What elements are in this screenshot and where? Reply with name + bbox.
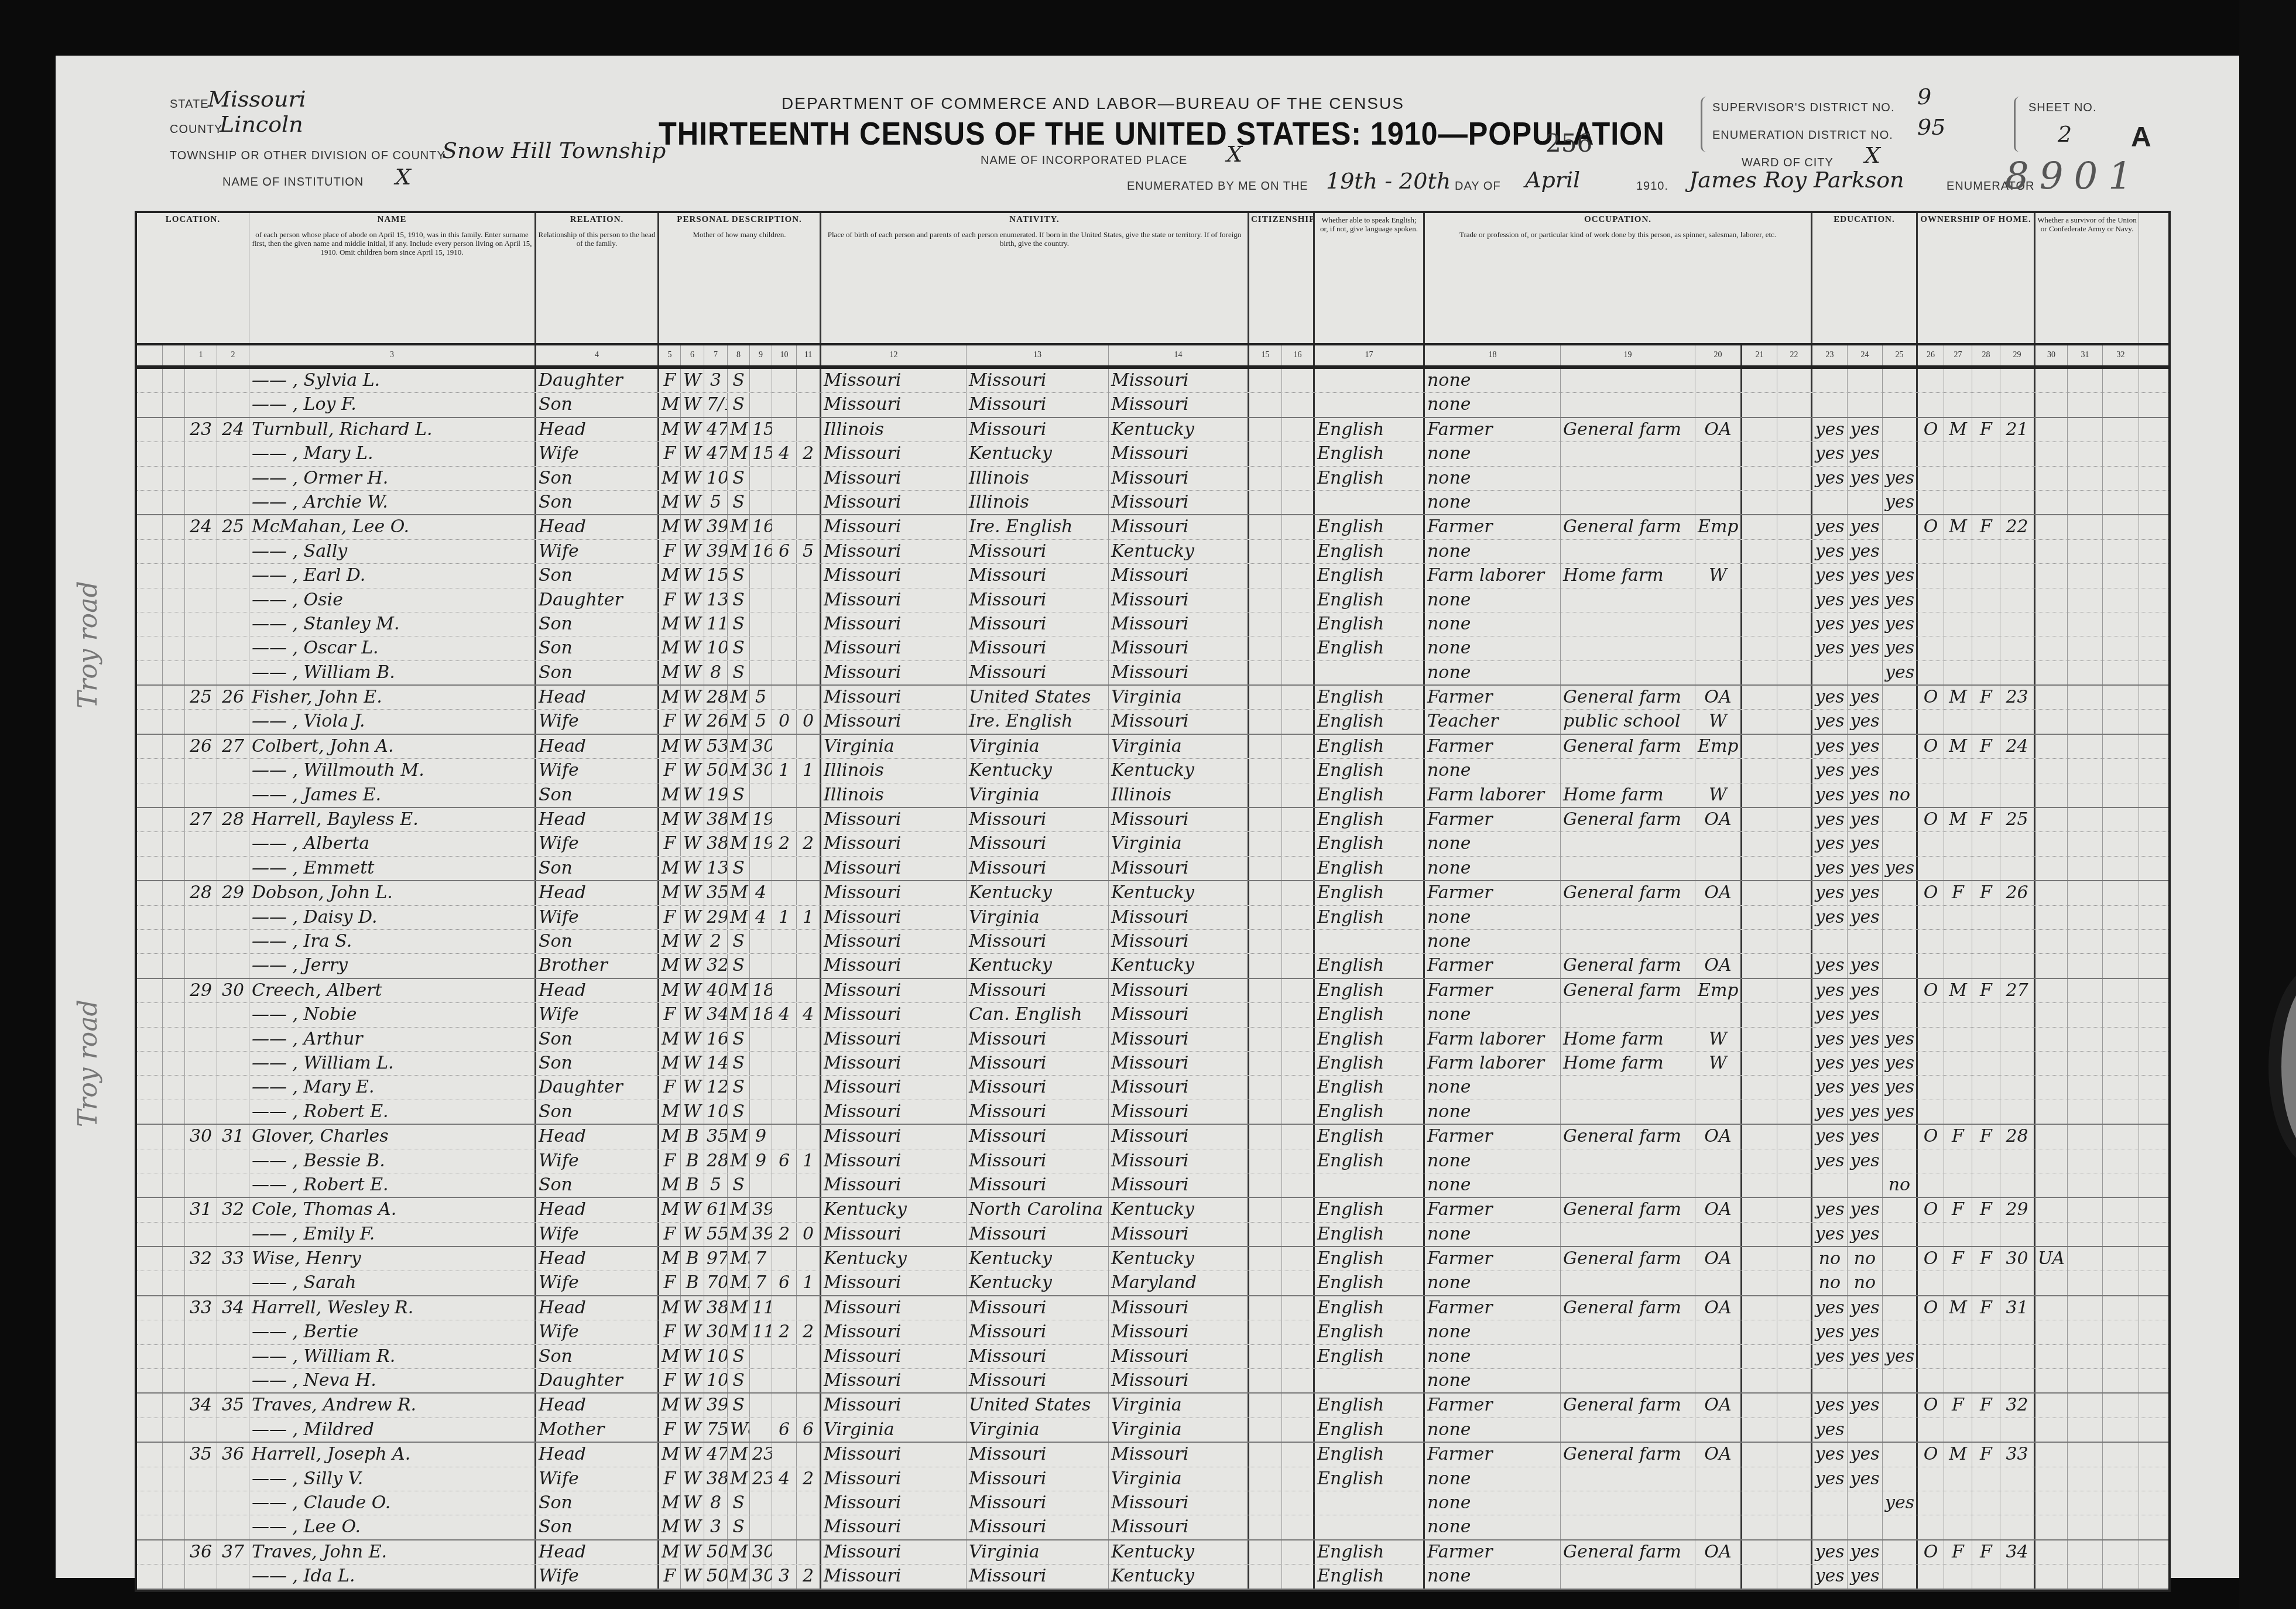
cell-rel: Head	[536, 418, 659, 441]
cell-empty	[163, 1296, 185, 1320]
cell-fam	[217, 540, 249, 563]
cell-ym: 39	[750, 1198, 772, 1221]
cell-age: 38	[704, 832, 728, 855]
cell-fh	[1972, 832, 2000, 855]
cell-pb: Virginia	[821, 735, 967, 758]
cell-sched	[2000, 1418, 2035, 1442]
cell-own	[1918, 1345, 1944, 1368]
cell-mb: Missouri	[1109, 393, 1249, 416]
cell-eng: English	[1315, 1223, 1425, 1246]
cell-mort	[1944, 393, 1972, 416]
cell-cl	[797, 1052, 821, 1075]
cell-sched	[2000, 1076, 2035, 1099]
cell-pb: Missouri	[821, 1100, 967, 1124]
cell-mort	[1944, 1052, 1972, 1075]
cell-empty	[163, 1149, 185, 1173]
cell-empty	[1777, 1125, 1812, 1148]
cell-race: W	[681, 1369, 704, 1392]
cell-empty	[2068, 1491, 2103, 1515]
cell-empty	[137, 710, 163, 733]
cell-mort	[1944, 442, 1972, 465]
cell-cb	[772, 1345, 797, 1368]
cell-empty	[1777, 735, 1812, 758]
cell-pb: Missouri	[821, 1369, 967, 1392]
cell-sched	[2000, 832, 2035, 855]
cell-pb: Illinois	[821, 783, 967, 807]
cell-empty	[1249, 1076, 1282, 1099]
cell-empty	[137, 1491, 163, 1515]
cell-dw	[185, 1565, 217, 1588]
cell-empty	[163, 1223, 185, 1246]
cell-empty	[1249, 808, 1282, 831]
cell-empty	[163, 1443, 185, 1466]
cell-empty	[1742, 1394, 1777, 1417]
cell-fam	[217, 1271, 249, 1295]
enumeration-district-label: Enumeration District No.	[1712, 129, 1893, 142]
cell-cv	[2035, 1491, 2068, 1515]
table-row: —— , Silly V.WifeFW38M12342MissouriMisso…	[137, 1467, 2168, 1491]
cell-fh	[1972, 491, 2000, 514]
cell-ym: 15	[750, 442, 772, 465]
cell-sch: yes	[1883, 1052, 1918, 1075]
cell-name: Harrell, Joseph A.	[249, 1443, 536, 1466]
table-row: 2728Harrell, Bayless E.HeadMW38M119Misso…	[137, 808, 2168, 832]
cell-sch	[1883, 832, 1918, 855]
column-number: 23	[1812, 345, 1848, 365]
cell-ind	[1561, 491, 1695, 514]
cell-cv	[2035, 1320, 2068, 1344]
cell-name: —— , Loy F.	[249, 393, 536, 416]
cell-empty	[2103, 467, 2139, 490]
cell-empty	[2103, 906, 2139, 929]
table-row: —— , OsieDaughterFW13SMissouriMissouriMi…	[137, 588, 2168, 612]
cell-ym: 4	[750, 906, 772, 929]
cell-dw	[185, 1003, 217, 1026]
cell-fh: F	[1972, 735, 2000, 758]
cell-rd	[1812, 491, 1848, 514]
location-header: LOCATION.	[139, 215, 247, 224]
cell-mb: Missouri	[1109, 1052, 1249, 1075]
cell-sex: F	[659, 832, 681, 855]
cell-ms: S	[728, 1345, 750, 1368]
cell-sch	[1883, 1320, 1918, 1344]
cell-race: W	[681, 832, 704, 855]
cell-empty	[2068, 636, 2103, 660]
cell-eng: English	[1315, 1540, 1425, 1564]
cell-empty	[1282, 1173, 1315, 1197]
cell-empty	[1742, 1125, 1777, 1148]
table-row: —— , Daisy D.WifeFW29M1411MissouriVirgin…	[137, 906, 2168, 930]
column-number: 12	[821, 345, 967, 365]
cell-race: W	[681, 1418, 704, 1442]
cell-eng: English	[1315, 1003, 1425, 1026]
cell-trade: none	[1425, 612, 1561, 636]
supervisor-district-value: 9	[1917, 84, 1931, 109]
cell-ms: M1	[728, 710, 750, 733]
cell-sched: 28	[2000, 1125, 2035, 1148]
cell-sex: M	[659, 564, 681, 587]
cell-age: 50	[704, 1565, 728, 1588]
cell-age: 16	[704, 1028, 728, 1051]
cell-fh	[1972, 1223, 2000, 1246]
cell-race: W	[681, 710, 704, 733]
cell-fb: Missouri	[967, 1296, 1109, 1320]
cell-own	[1918, 1052, 1944, 1075]
cell-cv	[2035, 686, 2068, 709]
cell-mb: Missouri	[1109, 906, 1249, 929]
cell-trade: none	[1425, 1369, 1561, 1392]
cell-empty	[2103, 759, 2139, 782]
cell-wr: yes	[1848, 1223, 1883, 1246]
column-number: 31	[2068, 345, 2103, 365]
cell-rel: Son	[536, 1052, 659, 1075]
cell-wr: yes	[1848, 735, 1883, 758]
cell-cv	[2035, 954, 2068, 977]
cell-rel: Head	[536, 1247, 659, 1271]
cell-empty	[1282, 588, 1315, 612]
cell-empty	[137, 564, 163, 587]
cell-fb: United States	[967, 686, 1109, 709]
cell-ind	[1561, 1345, 1695, 1368]
cell-fb: Missouri	[967, 1345, 1109, 1368]
cell-cl	[797, 881, 821, 905]
township-value: Snow Hill Township	[442, 138, 666, 163]
cell-sched	[2000, 906, 2035, 929]
cell-mb: Missouri	[1109, 857, 1249, 880]
cell-mb: Virginia	[1109, 1467, 1249, 1491]
cell-race: W	[681, 540, 704, 563]
cell-cl	[797, 515, 821, 539]
cell-emp: OA	[1695, 1247, 1742, 1271]
cell-ind: General farm	[1561, 686, 1695, 709]
cell-cv	[2035, 636, 2068, 660]
cell-empty	[137, 735, 163, 758]
scan-edge	[2239, 0, 2296, 1609]
cell-fh	[1972, 1052, 2000, 1075]
cell-own	[1918, 783, 1944, 807]
column-number: 30	[2035, 345, 2068, 365]
cell-trade: none	[1425, 588, 1561, 612]
cell-empty	[1282, 467, 1315, 490]
cell-race: W	[681, 564, 704, 587]
cell-empty	[1742, 1296, 1777, 1320]
table-row: 3637Traves, John E.HeadMW50M130MissouriV…	[137, 1540, 2168, 1565]
cell-ind: General farm	[1561, 881, 1695, 905]
cell-rel: Son	[536, 1173, 659, 1197]
cell-wr: yes	[1848, 906, 1883, 929]
cell-empty	[1777, 612, 1812, 636]
cell-cv	[2035, 1369, 2068, 1392]
ward-value: X	[1865, 142, 1880, 168]
cell-fh	[1972, 783, 2000, 807]
cell-cl	[797, 1296, 821, 1320]
cell-dw	[185, 710, 217, 733]
cell-cb: 4	[772, 442, 797, 465]
enumeration-district-value: 95	[1917, 114, 1945, 140]
cell-rd	[1812, 1369, 1848, 1392]
table-body: —— , Sylvia L.DaughterFW3SMissouriMissou…	[137, 369, 2168, 1590]
cell-age: 10	[704, 636, 728, 660]
cell-empty	[1777, 710, 1812, 733]
table-row: 3132Cole, Thomas A.HeadMW61M139KentuckyN…	[137, 1198, 2168, 1222]
cell-fb: Missouri	[967, 1149, 1109, 1173]
cell-cl	[797, 808, 821, 831]
cell-empty	[1282, 1540, 1315, 1564]
cell-wr: yes	[1848, 832, 1883, 855]
table-row: —— , MildredMotherFW75Wd66VirginiaVirgin…	[137, 1418, 2168, 1443]
cell-own	[1918, 1028, 1944, 1051]
cell-mort: M	[1944, 979, 1972, 1002]
cell-sex: M	[659, 1345, 681, 1368]
cell-sch	[1883, 1540, 1918, 1564]
cell-sched	[2000, 491, 2035, 514]
cell-cl	[797, 1345, 821, 1368]
cell-emp	[1695, 1320, 1742, 1344]
cell-mort	[1944, 759, 1972, 782]
cell-trade: none	[1425, 1345, 1561, 1368]
cell-sched	[2000, 1320, 2035, 1344]
cell-wr: yes	[1848, 857, 1883, 880]
cell-pb: Missouri	[821, 832, 967, 855]
cell-empty	[1777, 1076, 1812, 1099]
cell-cl	[797, 418, 821, 441]
cell-empty	[1282, 1003, 1315, 1026]
cell-cv	[2035, 881, 2068, 905]
cell-mb: Kentucky	[1109, 1565, 1249, 1588]
cell-empty	[1282, 418, 1315, 441]
cell-cv	[2035, 418, 2068, 441]
cell-fam	[217, 1149, 249, 1173]
cell-cl	[797, 1125, 821, 1148]
cell-dw	[185, 1173, 217, 1197]
cell-ind	[1561, 369, 1695, 392]
table-row: —— , Loy F.SonMW7/12SMissouriMissouriMis…	[137, 393, 2168, 417]
cell-fam	[217, 906, 249, 929]
cell-cl: 0	[797, 1223, 821, 1246]
cell-eng: English	[1315, 881, 1425, 905]
cell-ind: General farm	[1561, 418, 1695, 441]
cell-own	[1918, 1491, 1944, 1515]
cell-pb: Missouri	[821, 491, 967, 514]
cell-cv	[2035, 1443, 2068, 1466]
cell-cb: 6	[772, 1149, 797, 1173]
cell-mort	[1944, 588, 1972, 612]
cell-empty	[1249, 491, 1282, 514]
cell-empty	[1249, 418, 1282, 441]
cell-mort: M	[1944, 418, 1972, 441]
street-annotation: Troy road	[73, 581, 103, 708]
cell-wr: yes	[1848, 808, 1883, 831]
cell-fb: Missouri	[967, 1076, 1109, 1099]
cell-ym: 23	[750, 1467, 772, 1491]
cell-rd: yes	[1812, 1565, 1848, 1588]
cell-empty	[163, 783, 185, 807]
cell-wr	[1848, 1173, 1883, 1197]
cell-fb: Missouri	[967, 1052, 1109, 1075]
cell-sch: no	[1883, 1173, 1918, 1197]
column-number: 1	[185, 345, 217, 365]
cell-empty	[1282, 735, 1315, 758]
cell-empty	[1282, 1369, 1315, 1392]
cell-race: W	[681, 735, 704, 758]
cell-cb: 2	[772, 1223, 797, 1246]
cell-cb	[772, 857, 797, 880]
cell-name: Creech, Albert	[249, 979, 536, 1002]
cell-mort	[1944, 636, 1972, 660]
cell-emp	[1695, 930, 1742, 953]
cell-eng: English	[1315, 783, 1425, 807]
cell-fam: 35	[217, 1394, 249, 1417]
cell-fb: Virginia	[967, 1540, 1109, 1564]
cell-fam: 30	[217, 979, 249, 1002]
cell-cl	[797, 1369, 821, 1392]
cell-eng	[1315, 1173, 1425, 1197]
cell-eng: English	[1315, 1028, 1425, 1051]
cell-cl	[797, 1198, 821, 1221]
cell-empty	[2068, 735, 2103, 758]
cell-ms: S	[728, 1100, 750, 1124]
cell-eng: English	[1315, 1125, 1425, 1148]
sheet-number: 2	[2058, 121, 2072, 147]
cell-sch: yes	[1883, 612, 1918, 636]
cell-cv	[2035, 808, 2068, 831]
cell-fh	[1972, 564, 2000, 587]
cell-emp	[1695, 1418, 1742, 1442]
cell-own: O	[1918, 686, 1944, 709]
cell-empty	[1777, 930, 1812, 953]
cell-empty	[163, 1100, 185, 1124]
cell-fh: F	[1972, 881, 2000, 905]
cell-cb	[772, 735, 797, 758]
day-of-label: day of	[1455, 180, 1501, 193]
column-number: 27	[1944, 345, 1972, 365]
cell-empty	[2103, 393, 2139, 416]
table-row: —— , Robert E.SonMW10SMissouriMissouriMi…	[137, 1100, 2168, 1125]
incorporated-place-value: X	[1226, 141, 1242, 167]
cell-ym	[750, 1515, 772, 1539]
cell-name: —— , Osie	[249, 588, 536, 612]
cell-age: 13	[704, 588, 728, 612]
cell-trade: Farmer	[1425, 881, 1561, 905]
cell-fam	[217, 588, 249, 612]
cell-empty	[2068, 1320, 2103, 1344]
cell-race: W	[681, 1565, 704, 1588]
institution-label: Name of institution	[222, 176, 364, 189]
cell-trade: none	[1425, 467, 1561, 490]
cell-trade: none	[1425, 906, 1561, 929]
cell-own: O	[1918, 515, 1944, 539]
cell-rd: yes	[1812, 783, 1848, 807]
cell-ind	[1561, 393, 1695, 416]
cell-sex: M	[659, 1125, 681, 1148]
cell-empty	[2103, 1028, 2139, 1051]
cell-mb: Missouri	[1109, 1125, 1249, 1148]
supervisor-district-label: Supervisor's District No.	[1712, 101, 1894, 115]
cell-empty	[1777, 857, 1812, 880]
cell-emp: OA	[1695, 1198, 1742, 1221]
cell-race: W	[681, 808, 704, 831]
cell-ym: 39	[750, 1223, 772, 1246]
cell-eng: English	[1315, 1076, 1425, 1099]
cell-empty	[137, 515, 163, 539]
column-numbers: 1234567891011121314151617181920212223242…	[137, 345, 2168, 369]
cell-ms: M1	[728, 442, 750, 465]
cell-empty	[1282, 1565, 1315, 1588]
cell-emp	[1695, 442, 1742, 465]
cell-pb: Missouri	[821, 1394, 967, 1417]
cell-race: W	[681, 1394, 704, 1417]
cell-name: —— , Willmouth M.	[249, 759, 536, 782]
cell-cb: 4	[772, 1467, 797, 1491]
cell-fh	[1972, 759, 2000, 782]
cell-cb	[772, 1076, 797, 1099]
cell-cb: 1	[772, 759, 797, 782]
year-value: 1910.	[1636, 180, 1668, 193]
cell-ms: M1	[728, 1565, 750, 1588]
cell-eng: English	[1315, 1320, 1425, 1344]
cell-empty	[1742, 1467, 1777, 1491]
cell-wr: yes	[1848, 1565, 1883, 1588]
cell-sex: F	[659, 710, 681, 733]
cell-empty	[1777, 1173, 1812, 1197]
cell-fam	[217, 783, 249, 807]
cell-name: Fisher, John E.	[249, 686, 536, 709]
cell-empty	[1282, 393, 1315, 416]
cell-mb: Missouri	[1109, 1028, 1249, 1051]
cell-emp	[1695, 540, 1742, 563]
cell-ym: 18	[750, 1003, 772, 1026]
cell-ind	[1561, 1369, 1695, 1392]
cell-sch: yes	[1883, 1100, 1918, 1124]
cell-ms: M1	[728, 906, 750, 929]
cell-sex: F	[659, 1271, 681, 1295]
cell-empty	[1777, 1467, 1812, 1491]
cell-emp: OA	[1695, 1296, 1742, 1320]
cell-mort	[1944, 1223, 1972, 1246]
cell-pb: Missouri	[821, 1173, 967, 1197]
cell-empty	[2068, 1100, 2103, 1124]
cell-empty	[2068, 1565, 2103, 1588]
cell-fb: Missouri	[967, 1028, 1109, 1051]
cell-empty	[1777, 540, 1812, 563]
cell-cl: 6	[797, 1418, 821, 1442]
cell-cb	[772, 1125, 797, 1148]
cell-cv	[2035, 1296, 2068, 1320]
cell-pb: Missouri	[821, 857, 967, 880]
cell-empty	[2068, 1345, 2103, 1368]
cell-sched	[2000, 564, 2035, 587]
cell-eng: English	[1315, 467, 1425, 490]
cell-name: McMahan, Lee O.	[249, 515, 536, 539]
cell-rel: Daughter	[536, 588, 659, 612]
cell-rd: yes	[1812, 1198, 1848, 1221]
cell-fh: F	[1972, 808, 2000, 831]
cell-empty	[2068, 1271, 2103, 1295]
cell-empty	[1777, 1052, 1812, 1075]
cell-empty	[163, 710, 185, 733]
cell-empty	[2103, 418, 2139, 441]
cell-empty	[137, 1223, 163, 1246]
cell-name: —— , Emmett	[249, 857, 536, 880]
mother-of-header: Mother of how many children.	[693, 230, 786, 239]
cell-empty	[2068, 1076, 2103, 1099]
cell-ym	[750, 1100, 772, 1124]
cell-age: 38	[704, 1296, 728, 1320]
cell-empty	[137, 442, 163, 465]
cell-empty	[1777, 1369, 1812, 1392]
cell-age: 10	[704, 1345, 728, 1368]
cell-empty	[1282, 1443, 1315, 1466]
